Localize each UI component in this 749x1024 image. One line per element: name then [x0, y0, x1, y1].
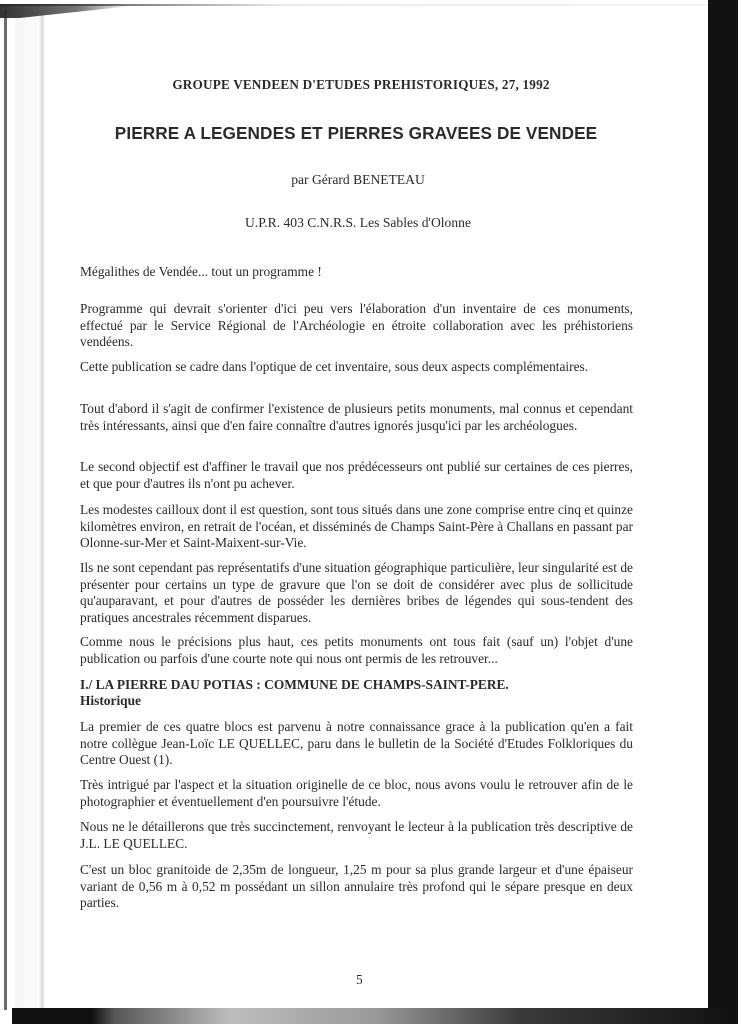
paragraph-intro: Mégalithes de Vendée... tout un programm… [80, 264, 633, 281]
scan-right-border [708, 0, 738, 1024]
paragraph-historique-3: Nous ne le détaillerons que très succinc… [80, 819, 633, 852]
paragraph: Le second objectif est d'affiner le trav… [80, 459, 633, 492]
paragraph-publication: Cette publication se cadre dans l'optiqu… [80, 359, 633, 376]
paragraph: Mégalithes de Vendée... tout un programm… [80, 264, 633, 281]
journal-header: GROUPE VENDEEN D'ETUDES PREHISTORIQUES, … [0, 77, 722, 93]
paragraph-singularity: Ils ne sont cependant pas représentatifs… [80, 560, 633, 626]
paragraph-programme: Programme qui devrait s'orienter d'ici p… [80, 301, 633, 351]
paragraph-historique-1: La premier de ces quatre blocs est parve… [80, 719, 633, 769]
paragraph: Programme qui devrait s'orienter d'ici p… [80, 301, 633, 351]
scan-bottom-border [12, 1008, 738, 1024]
paragraph-first-objective: Tout d'abord il s'agit de confirmer l'ex… [80, 401, 633, 434]
paragraph: Ils ne sont cependant pas représentatifs… [80, 560, 633, 626]
author-line: par Gérard BENETEAU [0, 172, 716, 188]
section-heading: I./ LA PIERRE DAU POTIAS : COMMUNE DE CH… [80, 677, 640, 694]
paragraph: Très intrigué par l'aspect et la situati… [80, 777, 633, 810]
scan-left-edge [4, 10, 7, 1010]
page-title: PIERRE A LEGENDES ET PIERRES GRAVEES DE … [0, 123, 712, 144]
paragraph-publications: Comme nous le précisions plus haut, ces … [80, 634, 633, 667]
paragraph: Les modestes cailloux dont il est questi… [80, 502, 633, 552]
paragraph: Comme nous le précisions plus haut, ces … [80, 634, 633, 667]
paragraph: Nous ne le détaillerons que très succinc… [80, 819, 633, 852]
section-subheading: Historique [80, 693, 640, 710]
affiliation-line: U.P.R. 403 C.N.R.S. Les Sables d'Olonne [0, 215, 716, 231]
paragraph-historique-2: Très intrigué par l'aspect et la situati… [80, 777, 633, 810]
scan-page-fold [15, 10, 45, 1010]
paragraph: C'est un bloc granitoide de 2,35m de lon… [80, 862, 633, 912]
paragraph-second-objective: Le second objectif est d'affiner le trav… [80, 459, 633, 492]
paragraph: Tout d'abord il s'agit de confirmer l'ex… [80, 401, 633, 434]
page-number: 5 [356, 972, 363, 988]
paragraph: Cette publication se cadre dans l'optiqu… [80, 359, 633, 376]
paragraph-location: Les modestes cailloux dont il est questi… [80, 502, 633, 552]
paragraph-historique-4: C'est un bloc granitoide de 2,35m de lon… [80, 862, 633, 912]
paragraph: La premier de ces quatre blocs est parve… [80, 719, 633, 769]
